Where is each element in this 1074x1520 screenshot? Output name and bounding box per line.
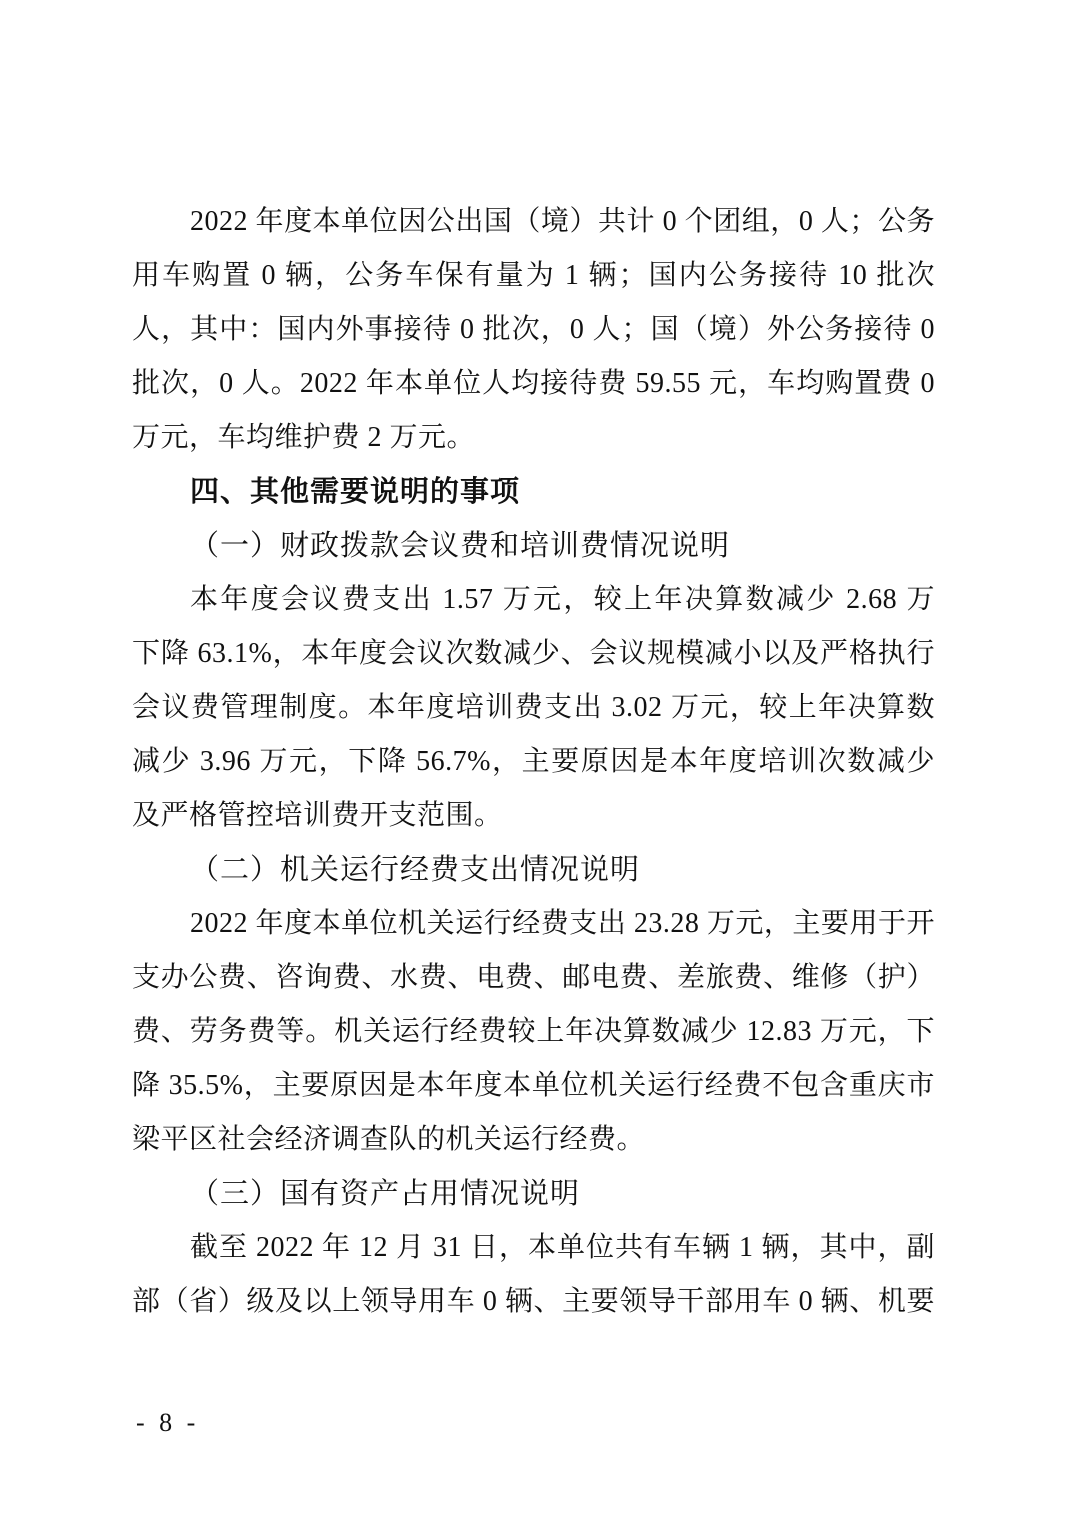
para-official-duty-stats-line-3: 人，其中：国内外事接待 0 批次，0 人；国（境）外公务接待 0 [132,303,935,357]
para-official-duty-stats-line-5: 万元，车均维护费 2 万元。 [132,411,935,465]
document-content: 2022 年度本单位因公出国（境）共计 0 个团组，0 人；公务用车购置 0 辆… [132,195,935,1329]
para-operating-expenses-line-5: 梁平区社会经济调查队的机关运行经费。 [132,1113,935,1167]
para-state-owned-assets-line-2: 部（省）级及以上领导用车 0 辆、主要领导干部用车 0 辆、机要 [132,1275,935,1329]
para-state-owned-assets-line-1: 截至 2022 年 12 月 31 日，本单位共有车辆 1 辆，其中，副 [132,1221,935,1275]
para-official-duty-stats-line-1: 2022 年度本单位因公出国（境）共计 0 个团组，0 人；公务 [132,195,935,249]
document-page: 2022 年度本单位因公出国（境）共计 0 个团组，0 人；公务用车购置 0 辆… [0,0,1074,1520]
subsection-heading-3: （三）国有资产占用情况说明 [132,1167,935,1221]
para-official-duty-stats-line-2: 用车购置 0 辆，公务车保有量为 1 辆；国内公务接待 10 批次 204 [132,249,935,303]
subsection-heading-2: （二）机关运行经费支出情况说明 [132,843,935,897]
para-operating-expenses-line-4: 降 35.5%，主要原因是本年度本单位机关运行经费不包含重庆市 [132,1059,935,1113]
para-meeting-training-fees-line-1: 本年度会议费支出 1.57 万元，较上年决算数减少 2.68 万元， [132,573,935,627]
para-meeting-training-fees-line-2: 下降 63.1%，本年度会议次数减少、会议规模减小以及严格执行 [132,627,935,681]
section-heading-4: 四、其他需要说明的事项 [132,465,935,519]
subsection-heading-1: （一）财政拨款会议费和培训费情况说明 [132,519,935,573]
para-meeting-training-fees-line-5: 及严格管控培训费开支范围。 [132,789,935,843]
para-official-duty-stats-line-4: 批次，0 人。2022 年本单位人均接待费 59.55 元，车均购置费 0 [132,357,935,411]
para-meeting-training-fees-line-4: 减少 3.96 万元，下降 56.7%，主要原因是本年度培训次数减少以 [132,735,935,789]
para-operating-expenses-line-1: 2022 年度本单位机关运行经费支出 23.28 万元，主要用于开 [132,897,935,951]
para-meeting-training-fees-line-3: 会议费管理制度。本年度培训费支出 3.02 万元，较上年决算数 [132,681,935,735]
para-operating-expenses-line-3: 费、劳务费等。机关运行经费较上年决算数减少 12.83 万元，下 [132,1005,935,1059]
page-number: - 8 - [136,1408,199,1438]
para-operating-expenses-line-2: 支办公费、咨询费、水费、电费、邮电费、差旅费、维修（护） [132,951,935,1005]
